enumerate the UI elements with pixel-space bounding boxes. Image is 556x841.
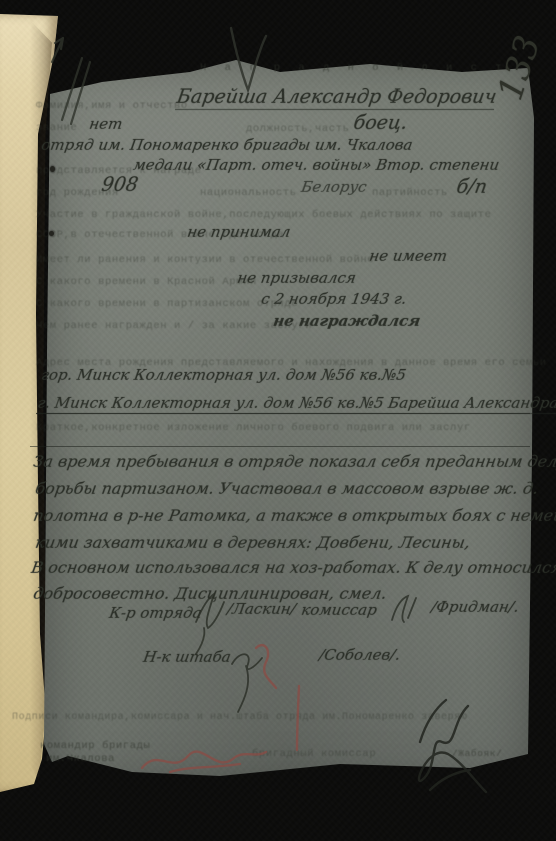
prev-awards-label: Чем ранее награжден и / за какие заслуги — [36, 320, 312, 332]
rank-label: звание — [36, 122, 77, 134]
service-label-1: Участие в гражданской войне,последующих … — [36, 209, 491, 221]
name-label: Фамилия,имя и отчество — [36, 100, 188, 112]
address-value: гор. Минск Коллекторная ул. дом №56 кв.№… — [40, 366, 407, 384]
sig2-role: комиссар — [300, 601, 378, 619]
nationality-value: Белорус — [300, 178, 368, 196]
brigade-commissar-label: бригадный комиссар — [252, 748, 376, 760]
wounds-label: Имеет ли ранения и контузии в отечествен… — [36, 254, 374, 266]
award-value: медали «Парт. отеч. войны» Втор. степени — [132, 156, 501, 174]
address-line: г. Минск Коллекторная ул. дом №56 кв.№5 … — [36, 394, 556, 414]
divider-line-2 — [30, 446, 530, 447]
sig1-name: /Ласкин/ — [226, 600, 297, 618]
archive-number: 133 — [490, 31, 548, 105]
party-value: б/п — [455, 176, 489, 198]
sig1-role: К-р отряда — [108, 604, 203, 622]
brigade-commissar-name: /Жабояк/ — [452, 748, 502, 759]
prev-awards-value: не награждался — [272, 312, 422, 330]
birth-value: 908 — [100, 174, 140, 196]
wounds-value: не имеет — [368, 247, 448, 265]
service-value: не принимал — [186, 223, 292, 241]
citation-line: В основном использовался на хоз-работах.… — [30, 558, 556, 577]
nationality-label: национальность — [200, 187, 297, 199]
citation-line: кими захватчиками в деревнях: Довбени, Л… — [34, 533, 471, 552]
sig3-role: Н-к штаба — [142, 648, 232, 666]
party-label: партийность — [372, 187, 448, 199]
partisan-label: С какого времени в партизанском отряде — [36, 298, 298, 310]
position-label: должность,часть — [246, 123, 350, 135]
citation-line: борьбы партизаном. Участвовал в массовом… — [34, 479, 540, 498]
citation-label: Краткое,конкретное изложение личного бое… — [36, 422, 471, 434]
brigade-commander-label: командир бригады — [40, 740, 150, 752]
divider-line — [36, 413, 530, 414]
certify-line: Подписи командира,комиссара и нач.штаба … — [12, 712, 467, 723]
army-value: не призывался — [236, 269, 357, 287]
brigade-commander-unit: им.Чкалова — [46, 753, 115, 765]
citation-line: За время пребывания в отряде показал себ… — [32, 452, 556, 471]
document-title: Н а г р а д н о й л и с т — [200, 62, 508, 74]
partisan-value: с 2 ноября 1943 г. — [260, 290, 408, 308]
position-value: боец. — [352, 112, 409, 134]
binding-hole — [50, 166, 55, 172]
unit-line: отряд им. Пономаренко бригады им. Чкалов… — [40, 136, 414, 154]
rank-value: нет — [88, 115, 124, 133]
sig2-name: /Фридман/. — [430, 598, 520, 616]
name-value: Барейша Александр Федорович — [175, 86, 498, 110]
army-label: С какого времени в Красной Армии — [36, 276, 257, 288]
binding-hole — [49, 231, 54, 236]
document-scan: Н а г р а д н о й л и с т 133 Фамилия,им… — [0, 0, 556, 841]
citation-line: полотна в р-не Ратомка, а также в открыт… — [32, 506, 556, 525]
sig3-name: /Соболев/. — [318, 646, 402, 664]
